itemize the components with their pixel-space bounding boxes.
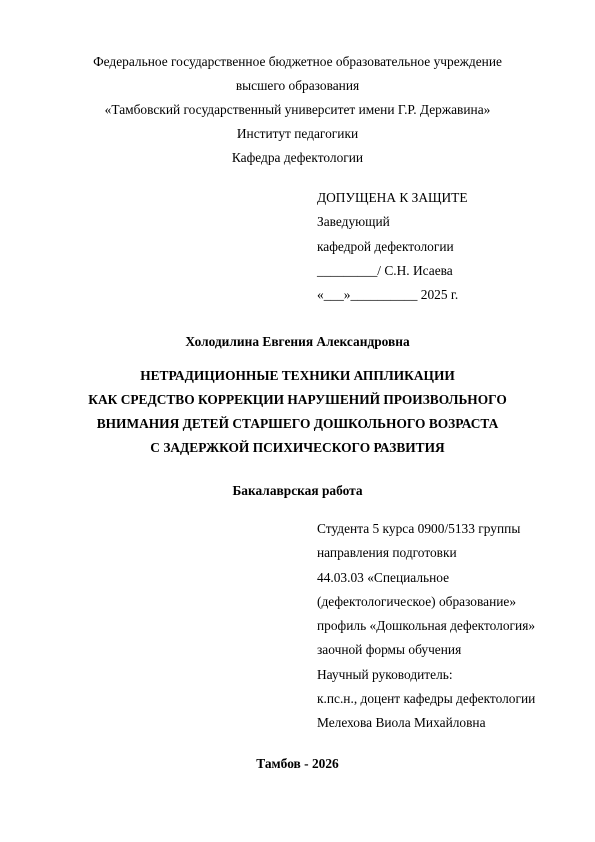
approval-department: кафедрой дефектологии [317, 235, 468, 259]
approval-position: Заведующий [317, 210, 468, 234]
title-line: ВНИМАНИЯ ДЕТЕЙ СТАРШЕГО ДОШКОЛЬНОГО ВОЗР… [0, 412, 595, 436]
thesis-title: НЕТРАДИЦИОННЫЕ ТЕХНИКИ АППЛИКАЦИИ КАК СР… [0, 364, 595, 460]
title-line: НЕТРАДИЦИОННЫЕ ТЕХНИКИ АППЛИКАЦИИ [0, 364, 595, 388]
student-study-form: заочной формы обучения [317, 638, 535, 662]
student-course-group: Студента 5 курса 0900/5133 группы [317, 517, 535, 541]
approval-heading: ДОПУЩЕНА К ЗАЩИТЕ [317, 186, 468, 210]
header-line-university: «Тамбовский государственный университет … [0, 98, 595, 122]
student-profile: профиль «Дошкольная дефектология» [317, 614, 535, 638]
title-page: Федеральное государственное бюджетное об… [0, 0, 595, 842]
approval-signature: _________/ С.Н. Исаева [317, 259, 468, 283]
student-info-block: Студента 5 курса 0900/5133 группы направ… [317, 517, 535, 736]
header-line-ministry: Федеральное государственное бюджетное об… [0, 50, 595, 74]
supervisor-title: к.пс.н., доцент кафедры дефектологии [317, 687, 535, 711]
supervisor-label: Научный руководитель: [317, 663, 535, 687]
approval-block: ДОПУЩЕНА К ЗАЩИТЕ Заведующий кафедрой де… [317, 186, 468, 307]
header-line-education-level: высшего образования [0, 74, 595, 98]
institution-header: Федеральное государственное бюджетное об… [0, 50, 595, 170]
header-line-department: Кафедра дефектологии [0, 146, 595, 170]
header-line-institute: Институт педагогики [0, 122, 595, 146]
work-type: Бакалаврская работа [0, 481, 595, 501]
student-direction-label: направления подготовки [317, 541, 535, 565]
student-direction-name: (дефектологическое) образование» [317, 590, 535, 614]
title-line: С ЗАДЕРЖКОЙ ПСИХИЧЕСКОГО РАЗВИТИЯ [0, 436, 595, 460]
author-name: Холодилина Евгения Александровна [0, 332, 595, 352]
title-line: КАК СРЕДСТВО КОРРЕКЦИИ НАРУШЕНИЙ ПРОИЗВО… [0, 388, 595, 412]
supervisor-name: Мелехова Виола Михайловна [317, 711, 535, 735]
student-direction-code: 44.03.03 «Специальное [317, 566, 535, 590]
city-year: Тамбов - 2026 [0, 754, 595, 774]
approval-date: «___»__________ 2025 г. [317, 283, 468, 307]
